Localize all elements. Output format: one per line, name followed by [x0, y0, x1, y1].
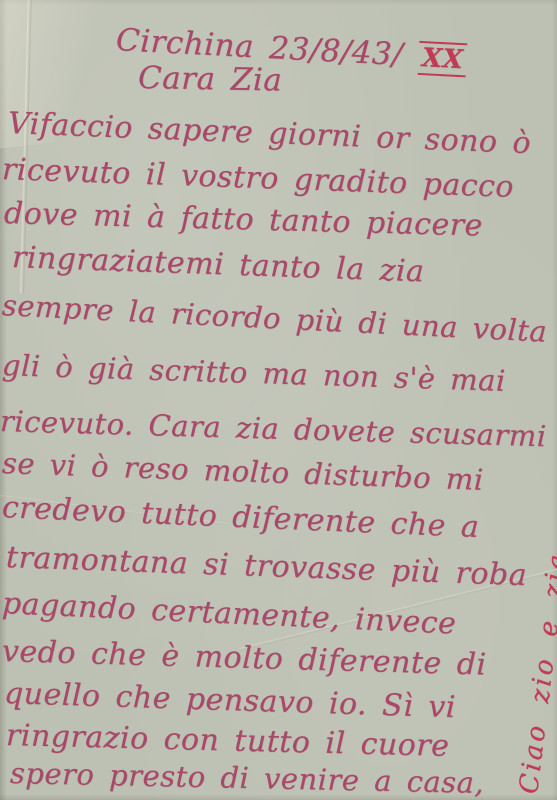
- era-numeral: XX: [418, 41, 467, 77]
- letter-line: pagando certamente, invece: [1, 586, 457, 642]
- letter-line: se vi ò reso molto disturbo mi: [1, 446, 484, 497]
- letter-line: vedo che è molto diferente di: [2, 634, 487, 683]
- letter-line: credevo tutto diferente che a: [1, 490, 480, 545]
- letter-salutation: Cara Zia: [138, 60, 283, 99]
- letter-page: Circhina 23/8/43/XX Cara Zia Vifaccio sa…: [0, 0, 557, 800]
- letter-line: dove mi à fatto tanto piacere: [4, 196, 484, 244]
- letter-line: ricevuto. Cara zia dovete scusarmi: [0, 404, 547, 453]
- letter-line: sempre la ricordo più di una volta: [1, 288, 548, 349]
- letter-line: ricevuto il vostro gradito pacco: [1, 152, 514, 205]
- letter-line: gli ò già scritto ma non s'è mai: [1, 348, 506, 398]
- letter-line: Vifaccio sapere giorni or sono ò: [7, 106, 531, 161]
- letter-line: quello che pensavo io. Sì vi: [3, 676, 456, 725]
- letter-line: ringraziatemi tanto la zia: [11, 240, 425, 289]
- letter-line: tramontana si trovasse più roba: [5, 540, 527, 593]
